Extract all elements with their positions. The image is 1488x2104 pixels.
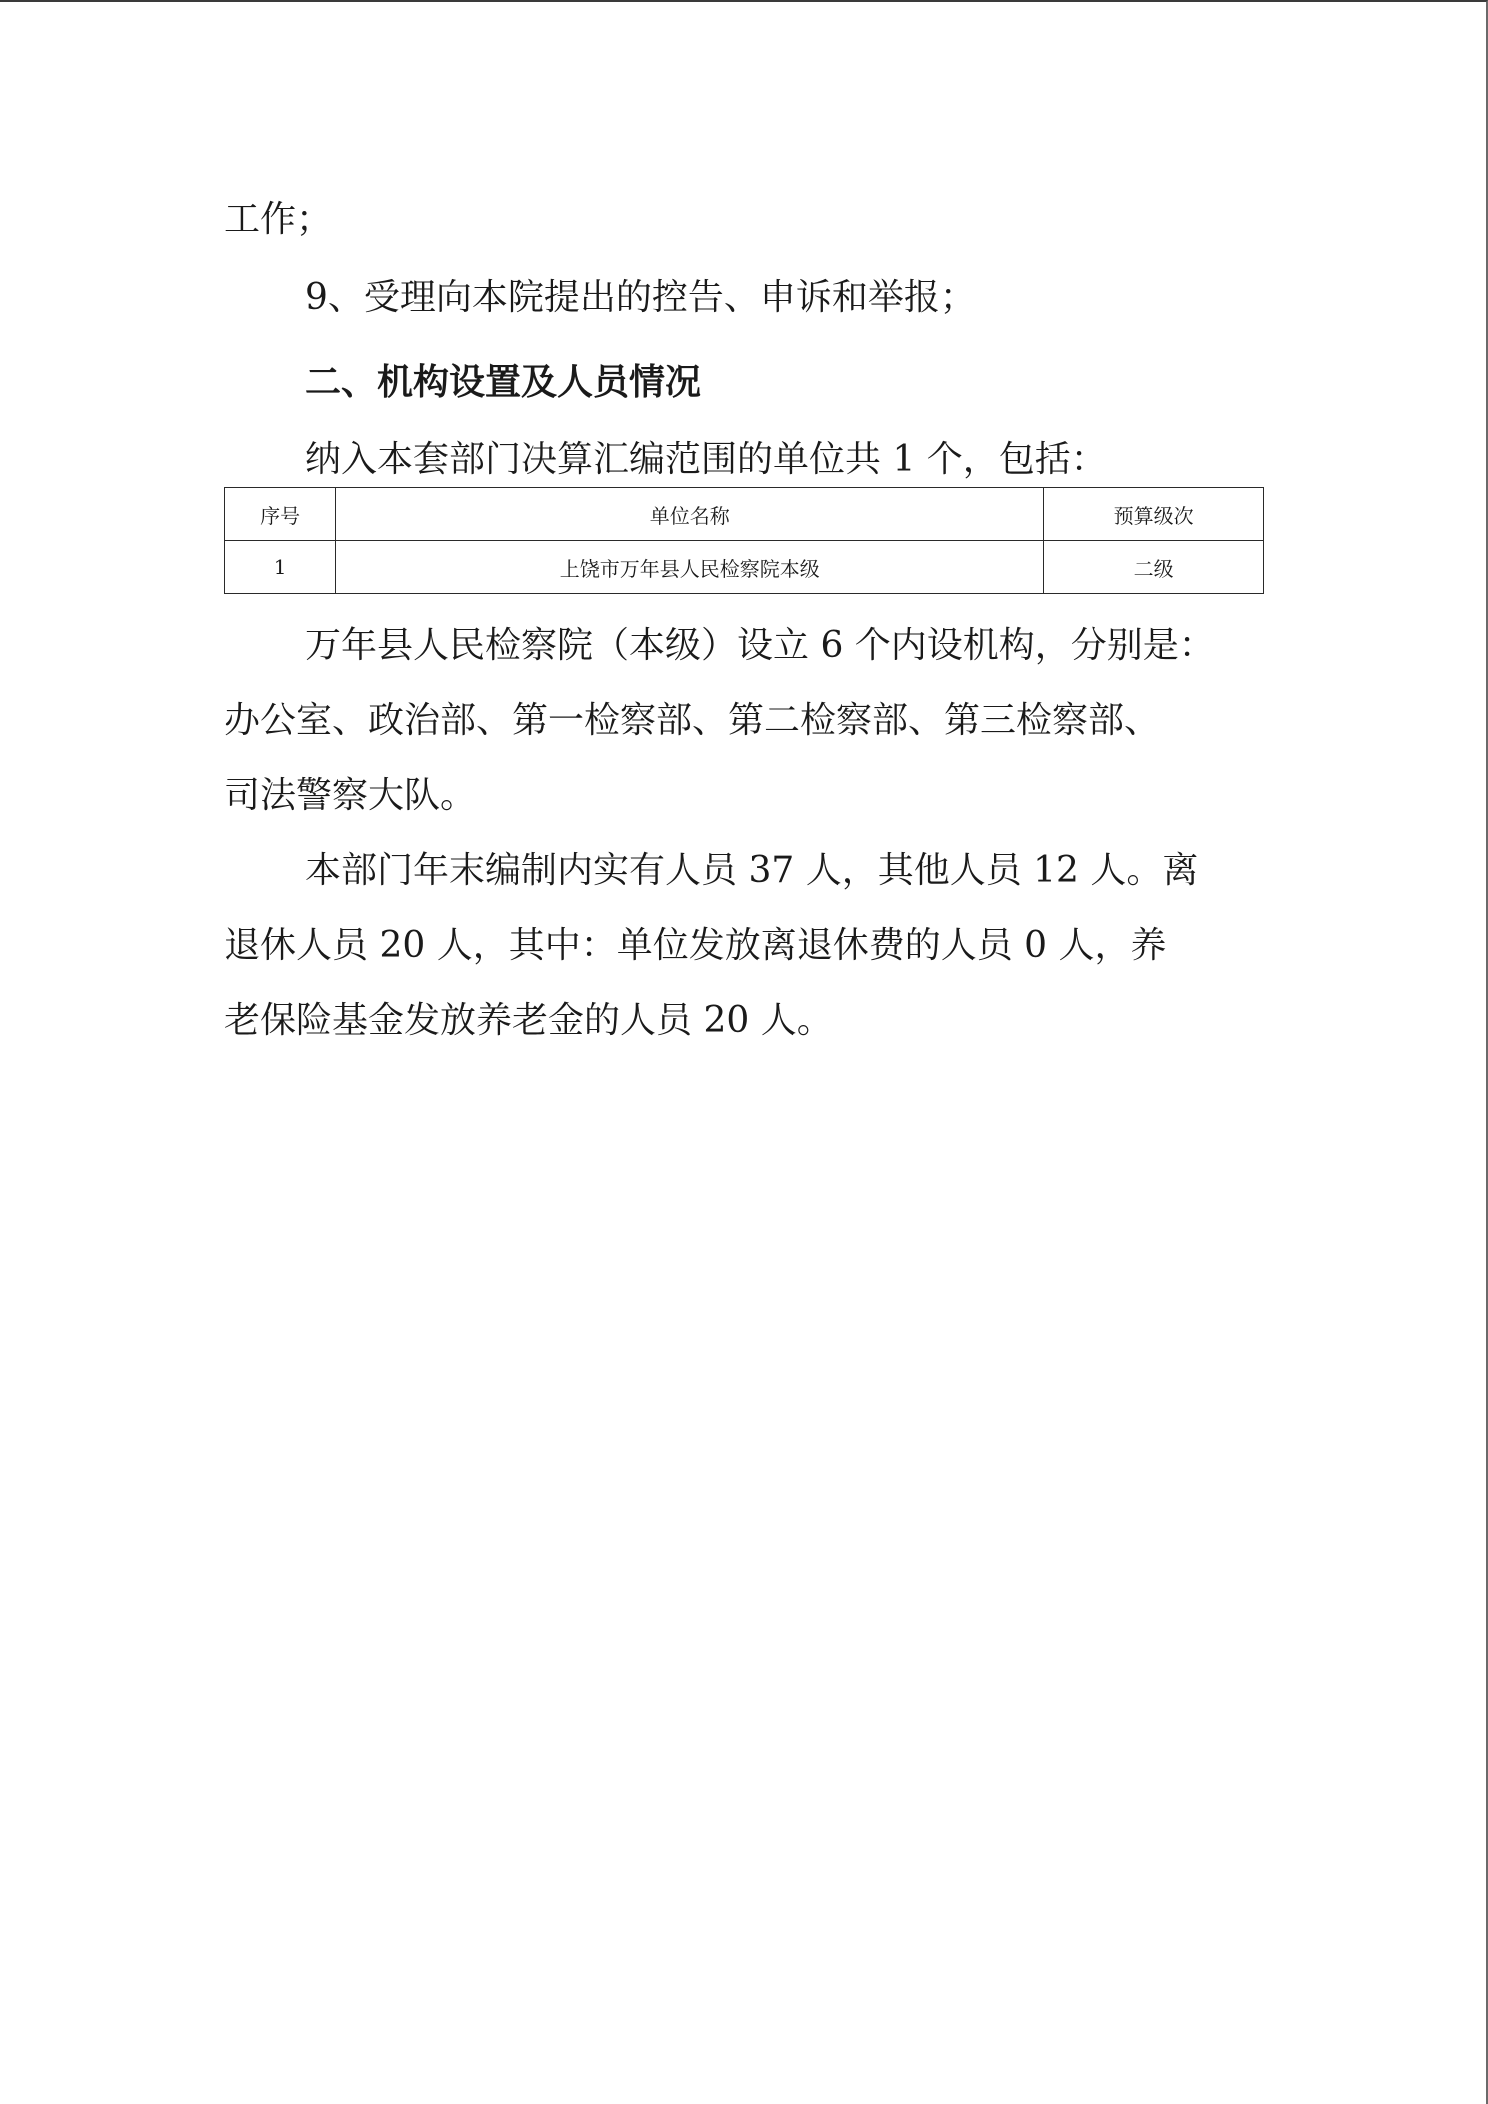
paragraph-line: 本部门年末编制内实有人员 37 人，其他人员 12 人。离	[305, 853, 1198, 889]
document-page: 工作； 9、受理向本院提出的控告、申诉和举报； 二、机构设置及人员情况 纳入本套…	[0, 0, 1488, 2104]
table-row: 1 上饶市万年县人民检察院本级 二级	[225, 541, 1264, 594]
section-heading: 二、机构设置及人员情况	[305, 365, 701, 401]
paragraph-line: 老保险基金发放养老金的人员 20 人。	[224, 1003, 833, 1039]
units-table: 序号 单位名称 预算级次 1 上饶市万年县人民检察院本级 二级	[224, 487, 1264, 594]
table-header-row: 序号 单位名称 预算级次	[225, 488, 1264, 541]
cell-budget-level: 二级	[1044, 541, 1264, 594]
cell-unit-name: 上饶市万年县人民检察院本级	[336, 541, 1044, 594]
paragraph-line: 办公室、政治部、第一检察部、第二检察部、第三检察部、	[224, 703, 1160, 739]
paragraph-line: 万年县人民检察院（本级）设立 6 个内设机构，分别是：	[305, 628, 1215, 664]
paragraph-line: 退休人员 20 人，其中：单位发放离退休费的人员 0 人，养	[224, 928, 1167, 964]
list-item-9: 9、受理向本院提出的控告、申诉和举报；	[305, 280, 976, 316]
text-line: 工作；	[224, 202, 332, 238]
header-cell-index: 序号	[225, 488, 336, 541]
cell-index: 1	[225, 541, 336, 594]
header-cell-unit-name: 单位名称	[336, 488, 1044, 541]
header-cell-budget-level: 预算级次	[1044, 488, 1264, 541]
paragraph-line: 司法警察大队。	[224, 778, 476, 814]
text-line: 纳入本套部门决算汇编范围的单位共 1 个，包括：	[305, 442, 1107, 478]
